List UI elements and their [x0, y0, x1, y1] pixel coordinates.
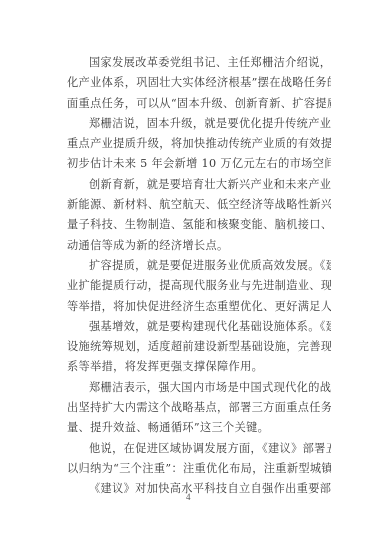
text-line: 面重点任务，可以从“固本升级、创新育新、扩容提质、强基增效”来把握。: [67, 94, 331, 114]
page-number: 4: [186, 492, 191, 502]
body-text: 国家发展改革委党组书记、主任郑栅洁介绍说，《建议》把“建设现代 化产业体系，巩固…: [67, 53, 331, 500]
paragraph-8: 《建议》对加快高水平科技自立自强作出重要部署: [67, 479, 331, 499]
text-line: 国家发展改革委党组书记、主任郑栅洁介绍说，《建议》把“建设现代: [67, 53, 331, 73]
text-line: 系等举措，将发挥更强支撑保障作用。: [67, 357, 331, 377]
paragraph-7: 他说，在促进区域协调发展方面，《建议》部署五方面重点任务，可 以归纳为“三个注重…: [67, 439, 331, 480]
text-line: 新能源、新材料、航空航天、低空经济等战略性新兴产业集群发展；推动: [67, 195, 331, 215]
text-line: 重点产业提质升级，将加快推动传统产业质的有效提升和量的合理增长，: [67, 134, 331, 154]
text-line: 郑栅洁说，固本升级，就是要优化提升传统产业。《建议》提出推动: [67, 114, 331, 134]
text-line: 化产业体系，巩固壮大实体经济根基”摆在战略任务的第一条，部署四方: [67, 73, 331, 93]
paragraph-1: 国家发展改革委党组书记、主任郑栅洁介绍说，《建议》把“建设现代 化产业体系，巩固…: [67, 53, 331, 114]
text-line: 扩容提质，就是要促进服务业优质高效发展。《建议》提出实施服务: [67, 256, 331, 276]
text-line: 初步估计未来 5 年会新增 10 万亿元左右的市场空间。: [67, 154, 331, 174]
text-line: 创新育新，就是要培育壮大新兴产业和未来产业。《建议》提出加快: [67, 175, 331, 195]
text-line: 动通信等成为新的经济增长点。: [67, 236, 331, 256]
paragraph-3: 创新育新，就是要培育壮大新兴产业和未来产业。《建议》提出加快 新能源、新材料、航…: [67, 175, 331, 256]
text-line: 《建议》对加快高水平科技自立自强作出重要部署: [67, 479, 331, 499]
text-line: 他说，在促进区域协调发展方面，《建议》部署五方面重点任务，可: [67, 439, 331, 459]
text-line: 出坚持扩大内需这个战略基点，部署三方面重点任务，要把握好“拓展增: [67, 398, 331, 418]
paragraph-6: 郑栅洁表示，强大国内市场是中国式现代化的战略依托。《建议》提 出坚持扩大内需这个…: [67, 378, 331, 439]
text-line: 以归纳为“三个注重”：注重优化布局，注重新型城镇化，注重陆海统筹。: [67, 459, 331, 479]
text-line: 强基增效，就是要构建现代化基础设施体系。《建议》提出加强基础: [67, 317, 331, 337]
text-line: 量子科技、生物制造、氢能和核聚变能、脑机接口、具身智能、第六代移: [67, 215, 331, 235]
paragraph-4: 扩容提质，就是要促进服务业优质高效发展。《建议》提出实施服务 业扩能提质行动，提…: [67, 256, 331, 317]
text-line: 等举措，将加快促进经济生态重塑优化、更好满足人民美好生活需要。: [67, 297, 331, 317]
text-line: 郑栅洁表示，强大国内市场是中国式现代化的战略依托。《建议》提: [67, 378, 331, 398]
document-page: 国家发展改革委党组书记、主任郑栅洁介绍说，《建议》把“建设现代 化产业体系，巩固…: [0, 0, 380, 537]
text-line: 量、提升效益、畅通循环”这三个关键。: [67, 418, 331, 438]
text-line: 业扩能提质行动，提高现代服务业与先进制造业、现代农业融合发展水平: [67, 276, 331, 296]
text-line: 设施统筹规划，适度超前建设新型基础设施，完善现代化综合交通运输体: [67, 337, 331, 357]
paragraph-5: 强基增效，就是要构建现代化基础设施体系。《建议》提出加强基础 设施统筹规划，适度…: [67, 317, 331, 378]
paragraph-2: 郑栅洁说，固本升级，就是要优化提升传统产业。《建议》提出推动 重点产业提质升级，…: [67, 114, 331, 175]
